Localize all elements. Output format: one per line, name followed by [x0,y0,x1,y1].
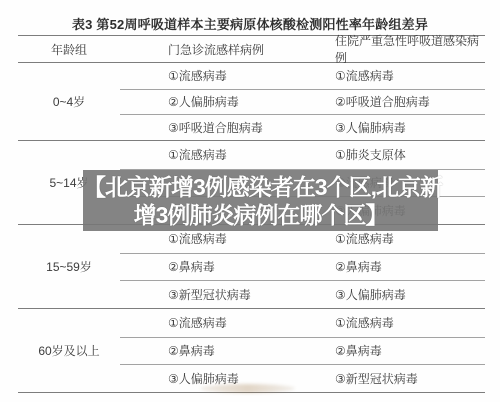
table-row-age-15-59: 15~59岁 ①流感病毒 ①流感病毒 ②鼻病毒 ②鼻病毒 ③新型冠状病毒 ③人偏… [18,225,485,309]
table-row-age-60-plus: 60岁及以上 ①流感病毒 ①流感病毒 ②鼻病毒 ②鼻病毒 ③人偏肺病毒 ③新型冠… [18,309,485,393]
inpatient-cell: ②呼吸道合胞病毒 [335,89,430,115]
inpatient-cell: ①流感病毒 [335,309,394,337]
table-subrow: ③新型冠状病毒 ③人偏肺病毒 [18,280,485,308]
inpatient-cell: ②鼻病毒 [335,337,382,365]
outpatient-cell: ②鼻病毒 [168,337,215,365]
headline-overlay-banner: 【北京新增3例感染者在3个区,北京新 增3例肺炎病例在哪个区】 [83,170,438,231]
inpatient-cell: ③人偏肺病毒 [335,280,406,308]
table-row-age-0-4: 0~4岁 ①流感病毒 ①流感病毒 ②人偏肺病毒 ②呼吸道合胞病毒 ③呼吸道合胞病… [18,63,485,141]
table-subrow: ①流感病毒 ①流感病毒 [18,63,485,89]
outpatient-cell: ②鼻病毒 [168,253,215,281]
inpatient-cell: ①肺炎支原体 [335,141,406,169]
table-subrow: ①流感病毒 ①肺炎支原体 [18,141,485,169]
report-table-image: 表3 第52周呼吸道样本主要病原体核酸检测阳性率年龄组差异 年龄组 门急诊流感样… [0,0,500,402]
headline-line-2: 增3例肺炎病例在哪个区】 [83,201,438,229]
header-inpatient: 住院严重急性呼吸道感染病例 [335,36,485,62]
inpatient-cell: ③人偏肺病毒 [335,114,406,140]
outpatient-cell: ①流感病毒 [168,63,227,89]
headline-line-1: 【北京新增3例感染者在3个区,北京新 [83,173,438,201]
faded-watermark-smudge [200,384,295,393]
outpatient-cell: ③新型冠状病毒 [168,280,251,308]
outpatient-cell: ②人偏肺病毒 [168,89,239,115]
table-subrow: ①流感病毒 ①流感病毒 [18,309,485,337]
inpatient-cell: ③新型冠状病毒 [335,364,418,392]
outpatient-cell: ①流感病毒 [168,309,227,337]
outpatient-cell: ③呼吸道合胞病毒 [168,114,263,140]
header-age-group: 年龄组 [18,36,120,62]
outpatient-cell: ①流感病毒 [168,141,227,169]
table-subrow: ②鼻病毒 ②鼻病毒 [18,253,485,281]
header-outpatient: 门急诊流感样病例 [168,36,264,62]
table-subrow: ③呼吸道合胞病毒 ③人偏肺病毒 [18,114,485,140]
inpatient-cell: ①流感病毒 [335,63,394,89]
table-subrow: ②人偏肺病毒 ②呼吸道合胞病毒 [18,89,485,115]
table-header-row: 年龄组 门急诊流感样病例 住院严重急性呼吸道感染病例 [18,36,485,63]
table-title: 表3 第52周呼吸道样本主要病原体核酸检测阳性率年龄组差异 [0,14,500,33]
inpatient-cell: ②鼻病毒 [335,253,382,281]
table-subrow: ②鼻病毒 ②鼻病毒 [18,337,485,365]
